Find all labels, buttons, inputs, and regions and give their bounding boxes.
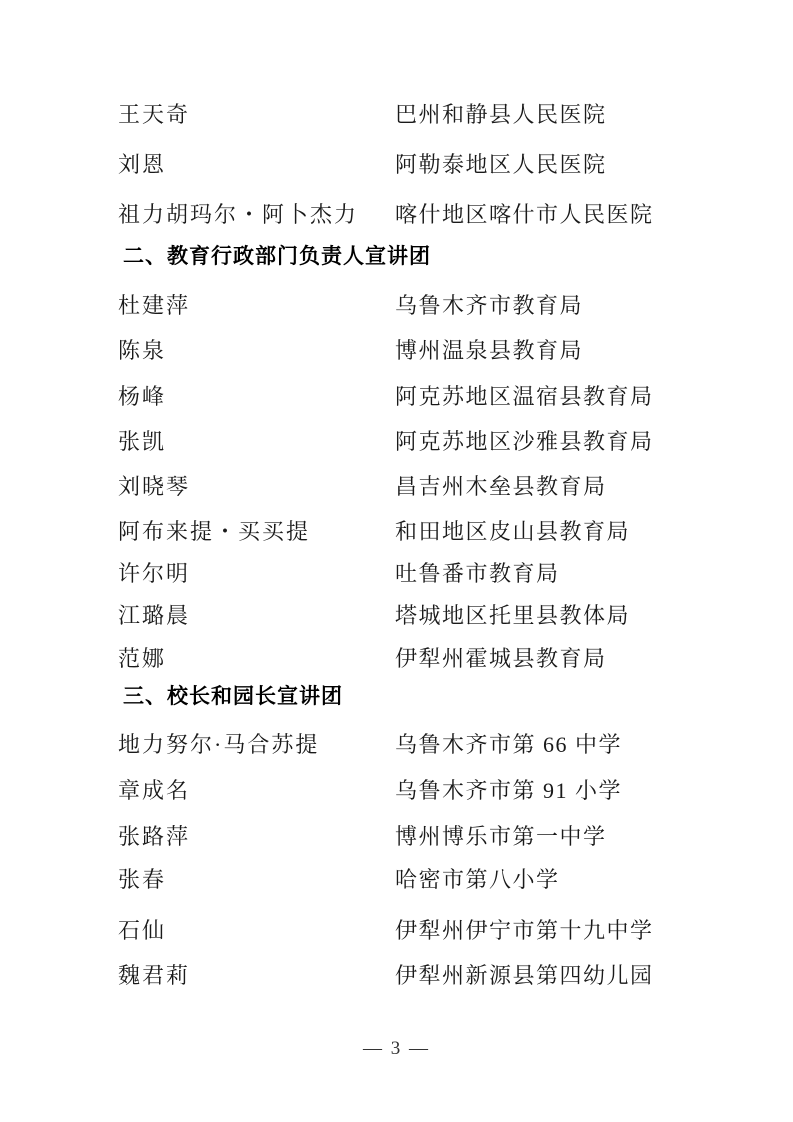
roster-row: 阿布来提・买买提 和田地区皮山县教育局 <box>0 520 793 546</box>
roster-row: 王天奇 巴州和静县人民医院 <box>0 103 793 129</box>
organization-name: 哈密市第八小学 <box>395 868 560 892</box>
person-name: 张路萍 <box>118 825 190 849</box>
roster-row: 陈泉 博州温泉县教育局 <box>0 339 793 365</box>
person-name: 陈泉 <box>118 339 166 363</box>
roster-row: 刘恩 阿勒泰地区人民医院 <box>0 153 793 179</box>
roster-row: 魏君莉 伊犁州新源县第四幼儿园 <box>0 964 793 990</box>
organization-name: 伊犁州伊宁市第十九中学 <box>395 919 654 943</box>
roster-row: 杜建萍 乌鲁木齐市教育局 <box>0 294 793 320</box>
page-number: — 3 — <box>0 1038 793 1060</box>
organization-name: 塔城地区托里县教体局 <box>395 604 630 628</box>
organization-name: 昌吉州木垒县教育局 <box>395 475 607 499</box>
organization-name: 阿克苏地区温宿县教育局 <box>395 385 654 409</box>
organization-name: 巴州和静县人民医院 <box>395 103 607 127</box>
roster-row: 章成名 乌鲁木齐市第 91 小学 <box>0 779 793 805</box>
roster-row: 刘晓琴 昌吉州木垒县教育局 <box>0 475 793 501</box>
person-name: 刘晓琴 <box>118 475 190 499</box>
document-page: 王天奇 巴州和静县人民医院 刘恩 阿勒泰地区人民医院 祖力胡玛尔・阿卜杰力 喀什… <box>0 0 793 1122</box>
organization-name: 伊犁州新源县第四幼儿园 <box>395 964 654 988</box>
roster-row: 张凯 阿克苏地区沙雅县教育局 <box>0 430 793 456</box>
organization-name: 吐鲁番市教育局 <box>395 562 560 586</box>
roster-row: 张春 哈密市第八小学 <box>0 868 793 894</box>
person-name: 王天奇 <box>118 103 190 127</box>
person-name: 魏君莉 <box>118 964 190 988</box>
roster-row: 石仙 伊犁州伊宁市第十九中学 <box>0 919 793 945</box>
person-name: 江璐晨 <box>118 604 190 628</box>
person-name: 杨峰 <box>118 385 166 409</box>
organization-name: 和田地区皮山县教育局 <box>395 520 630 544</box>
person-name: 石仙 <box>118 919 166 943</box>
person-name: 章成名 <box>118 779 190 803</box>
organization-name: 博州温泉县教育局 <box>395 339 583 363</box>
person-name: 祖力胡玛尔・阿卜杰力 <box>118 203 358 227</box>
organization-name: 阿克苏地区沙雅县教育局 <box>395 430 654 454</box>
roster-row: 许尔明 吐鲁番市教育局 <box>0 562 793 588</box>
roster-row: 江璐晨 塔城地区托里县教体局 <box>0 604 793 630</box>
person-name: 刘恩 <box>118 153 166 177</box>
organization-name: 博州博乐市第一中学 <box>395 825 607 849</box>
person-name: 杜建萍 <box>118 294 190 318</box>
person-name: 张春 <box>118 868 166 892</box>
section-heading-principals: 三、校长和园长宣讲团 <box>123 684 343 710</box>
person-name: 许尔明 <box>118 562 190 586</box>
person-name: 张凯 <box>118 430 166 454</box>
roster-row: 杨峰 阿克苏地区温宿县教育局 <box>0 385 793 411</box>
organization-name: 喀什地区喀什市人民医院 <box>395 203 654 227</box>
organization-name: 阿勒泰地区人民医院 <box>395 153 607 177</box>
roster-row: 张路萍 博州博乐市第一中学 <box>0 825 793 851</box>
organization-name: 乌鲁木齐市教育局 <box>395 294 583 318</box>
person-name: 地力努尔·马合苏提 <box>118 733 319 757</box>
organization-name: 伊犁州霍城县教育局 <box>395 647 607 671</box>
roster-row: 范娜 伊犁州霍城县教育局 <box>0 647 793 673</box>
section-heading-education-bureaus: 二、教育行政部门负责人宣讲团 <box>123 244 431 270</box>
person-name: 范娜 <box>118 647 166 671</box>
organization-name: 乌鲁木齐市第 66 中学 <box>395 733 622 757</box>
roster-row: 祖力胡玛尔・阿卜杰力 喀什地区喀什市人民医院 <box>0 203 793 229</box>
roster-row: 地力努尔·马合苏提 乌鲁木齐市第 66 中学 <box>0 733 793 759</box>
person-name: 阿布来提・买买提 <box>118 520 310 544</box>
organization-name: 乌鲁木齐市第 91 小学 <box>395 779 622 803</box>
